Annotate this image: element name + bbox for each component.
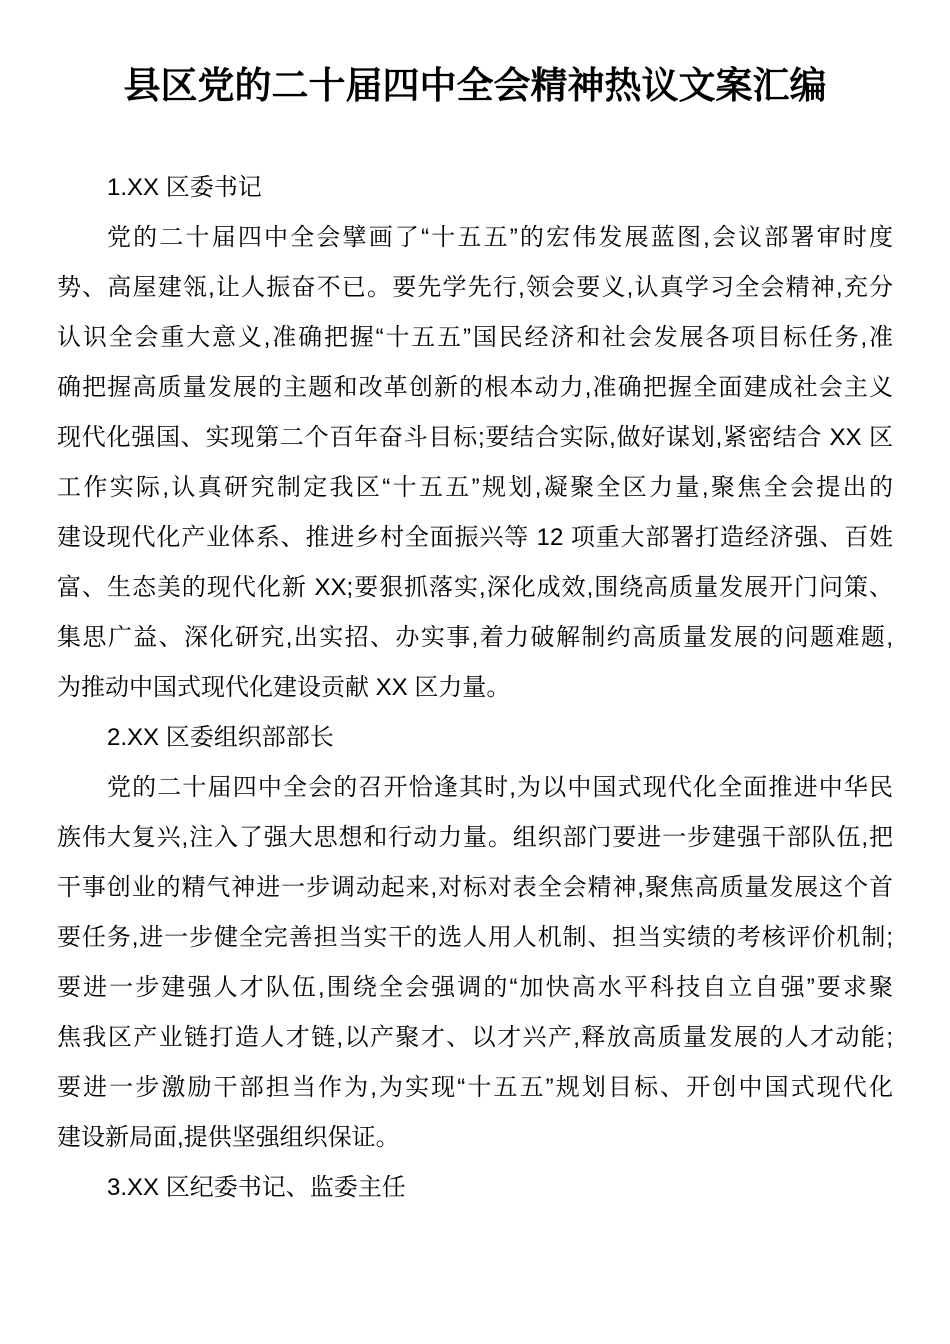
paragraph-line: 要任务,进一步健全完善担当实干的选人用人机制、担当实绩的考核评价机制;	[57, 913, 893, 963]
paragraph-line: 要进一步建强人才队伍,围绕全会强调的“加快高水平科技自立自强”要求聚	[57, 963, 893, 1013]
document-page: 县区党的二十届四中全会精神热议文案汇编 1.XX 区委书记党的二十届四中全会擘画…	[0, 0, 950, 1344]
paragraph-line: 集思广益、深化研究,出实招、办实事,着力破解制约高质量发展的问题难题,	[57, 613, 893, 663]
paragraph-line: 为推动中国式现代化建设贡献 XX 区力量。	[57, 663, 893, 713]
paragraph-line: 族伟大复兴,注入了强大思想和行动力量。组织部门要进一步建强干部队伍,把	[57, 813, 893, 863]
paragraph-line: 确把握高质量发展的主题和改革创新的根本动力,准确把握全面建成社会主义	[57, 363, 893, 413]
paragraph-line: 富、生态美的现代化新 XX;要狠抓落实,深化成效,围绕高质量发展开门问策、	[57, 563, 893, 613]
paragraph-line: 建设新局面,提供坚强组织保证。	[57, 1113, 893, 1163]
paragraph-line: 焦我区产业链打造人才链,以产聚才、以才兴产,释放高质量发展的人才动能;	[57, 1013, 893, 1063]
paragraph-line: 党的二十届四中全会的召开恰逢其时,为以中国式现代化全面推进中华民	[57, 763, 893, 813]
paragraph-line: 建设现代化产业体系、推进乡村全面振兴等 12 项重大部署打造经济强、百姓	[57, 513, 893, 563]
paragraph-line: 势、高屋建瓴,让人振奋不已。要先学先行,领会要义,认真学习全会精神,充分	[57, 263, 893, 313]
paragraph-line: 工作实际,认真研究制定我区“十五五”规划,凝聚全区力量,聚焦全会提出的	[57, 463, 893, 513]
document-body: 1.XX 区委书记党的二十届四中全会擘画了“十五五”的宏伟发展蓝图,会议部署审时…	[57, 163, 893, 1213]
heading-line: 1.XX 区委书记	[57, 163, 893, 213]
paragraph-line: 认识全会重大意义,准确把握“十五五”国民经济和社会发展各项目标任务,准	[57, 313, 893, 363]
document-title: 县区党的二十届四中全会精神热议文案汇编	[57, 58, 893, 114]
heading-line: 3.XX 区纪委书记、监委主任	[57, 1163, 893, 1213]
heading-line: 2.XX 区委组织部部长	[57, 713, 893, 763]
paragraph-line: 要进一步激励干部担当作为,为实现“十五五”规划目标、开创中国式现代化	[57, 1063, 893, 1113]
paragraph-line: 干事创业的精气神进一步调动起来,对标对表全会精神,聚焦高质量发展这个首	[57, 863, 893, 913]
paragraph-line: 党的二十届四中全会擘画了“十五五”的宏伟发展蓝图,会议部署审时度	[57, 213, 893, 263]
paragraph-line: 现代化强国、实现第二个百年奋斗目标;要结合实际,做好谋划,紧密结合 XX 区	[57, 413, 893, 463]
